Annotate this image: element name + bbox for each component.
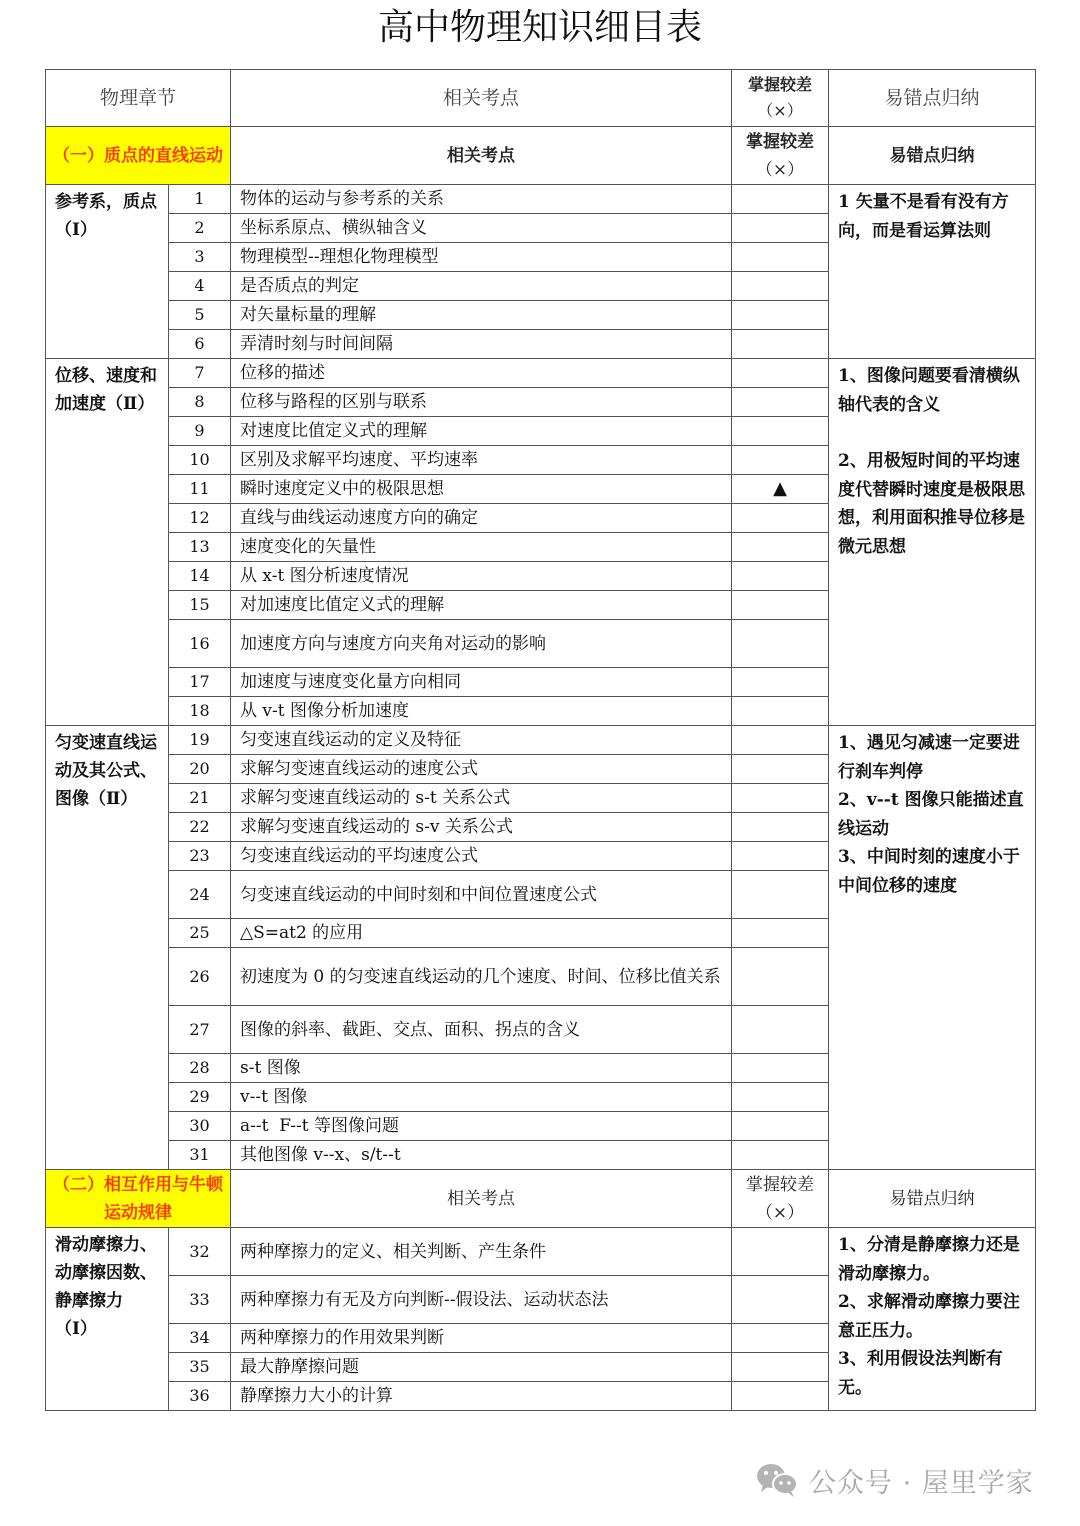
table-header: 物理章节 相关考点 掌握较差（×） 易错点归纳	[46, 70, 1036, 127]
section-header: （一）质点的直线运动 相关考点 掌握较差（×） 易错点归纳	[46, 127, 1036, 185]
exam-point: 物体的运动与参考系的关系	[231, 185, 732, 214]
row-number: 32	[169, 1228, 231, 1276]
row-number: 18	[169, 697, 231, 726]
exam-point: 匀变速直线运动的中间时刻和中间位置速度公式	[231, 871, 732, 919]
watermark: 公众号 · 屋里学家	[755, 1460, 1034, 1500]
section-col-points: 相关考点	[231, 1170, 732, 1228]
mastery-mark[interactable]	[732, 668, 829, 697]
section-title: （二）相互作用与牛顿运动规律	[46, 1170, 231, 1228]
row-number: 20	[169, 755, 231, 784]
table-row: 参考系，质点 （Ⅰ） 1 物体的运动与参考系的关系 1 矢量不是看有没有方向，而…	[46, 185, 1036, 214]
mastery-mark[interactable]	[732, 919, 829, 948]
exam-point: 其他图像 v--x、s/t--t	[231, 1141, 732, 1170]
exam-point: 弄清时刻与时间间隔	[231, 330, 732, 359]
mastery-mark[interactable]	[732, 243, 829, 272]
header-mistakes: 易错点归纳	[829, 70, 1036, 127]
row-number: 30	[169, 1112, 231, 1141]
mastery-mark[interactable]	[732, 214, 829, 243]
knowledge-table: 物理章节 相关考点 掌握较差（×） 易错点归纳 （一）质点的直线运动 相关考点 …	[45, 69, 1036, 1411]
exam-point: 求解匀变速直线运动的 s-v 关系公式	[231, 813, 732, 842]
mastery-mark[interactable]	[732, 1324, 829, 1353]
mastery-mark[interactable]	[732, 185, 829, 214]
exam-point: 匀变速直线运动的平均速度公式	[231, 842, 732, 871]
header-points: 相关考点	[231, 70, 732, 127]
mastery-mark[interactable]	[732, 755, 829, 784]
exam-point: 求解匀变速直线运动的 s-t 关系公式	[231, 784, 732, 813]
row-number: 26	[169, 948, 231, 1006]
chapter-cell: 滑动摩擦力、动摩擦因数、静摩擦力 （Ⅰ）	[46, 1228, 169, 1411]
row-number: 13	[169, 533, 231, 562]
exam-point: 加速度方向与速度方向夹角对运动的影响	[231, 620, 732, 668]
table-row: 位移、速度和加速度（Ⅱ） 7 位移的描述 1、图像问题要看清横纵轴代表的含义2、…	[46, 359, 1036, 388]
row-number: 36	[169, 1382, 231, 1411]
table-row: 匀变速直线运动及其公式、图像（Ⅱ） 19 匀变速直线运动的定义及特征 1、遇见匀…	[46, 726, 1036, 755]
section-col-mistakes: 易错点归纳	[829, 127, 1036, 185]
mastery-mark[interactable]	[732, 842, 829, 871]
row-number: 22	[169, 813, 231, 842]
mastery-mark[interactable]	[732, 272, 829, 301]
row-number: 34	[169, 1324, 231, 1353]
table-row: 滑动摩擦力、动摩擦因数、静摩擦力 （Ⅰ） 32 两种摩擦力的定义、相关判断、产生…	[46, 1228, 1036, 1276]
mastery-mark[interactable]	[732, 1083, 829, 1112]
mastery-mark[interactable]	[732, 1141, 829, 1170]
header-mastery: 掌握较差（×）	[732, 70, 829, 127]
row-number: 7	[169, 359, 231, 388]
exam-point: 位移与路程的区别与联系	[231, 388, 732, 417]
mastery-mark[interactable]	[732, 1353, 829, 1382]
wechat-icon	[755, 1462, 799, 1498]
mastery-mark[interactable]	[732, 330, 829, 359]
row-number: 29	[169, 1083, 231, 1112]
row-number: 4	[169, 272, 231, 301]
row-number: 23	[169, 842, 231, 871]
exam-point: 加速度与速度变化量方向相同	[231, 668, 732, 697]
row-number: 33	[169, 1276, 231, 1324]
row-number: 12	[169, 504, 231, 533]
mastery-mark[interactable]	[732, 620, 829, 668]
row-number: 28	[169, 1054, 231, 1083]
mastery-mark[interactable]	[732, 1382, 829, 1411]
mastery-mark[interactable]	[732, 533, 829, 562]
exam-point: 从 v-t 图像分析加速度	[231, 697, 732, 726]
mastery-mark[interactable]	[732, 1006, 829, 1054]
exam-point: 两种摩擦力的定义、相关判断、产生条件	[231, 1228, 732, 1276]
exam-point: 速度变化的矢量性	[231, 533, 732, 562]
mastery-mark[interactable]	[732, 1112, 829, 1141]
exam-point: 瞬时速度定义中的极限思想	[231, 475, 732, 504]
exam-point: 初速度为 0 的匀变速直线运动的几个速度、时间、位移比值关系	[231, 948, 732, 1006]
exam-point: 两种摩擦力的作用效果判断	[231, 1324, 732, 1353]
exam-point: 图像的斜率、截距、交点、面积、拐点的含义	[231, 1006, 732, 1054]
mastery-mark[interactable]	[732, 1276, 829, 1324]
section-title: （一）质点的直线运动	[46, 127, 231, 185]
exam-point: 最大静摩擦问题	[231, 1353, 732, 1382]
exam-point: 对速度比值定义式的理解	[231, 417, 732, 446]
exam-point: 对加速度比值定义式的理解	[231, 591, 732, 620]
row-number: 5	[169, 301, 231, 330]
row-number: 3	[169, 243, 231, 272]
mastery-mark[interactable]	[732, 1228, 829, 1276]
mastery-mark[interactable]	[732, 591, 829, 620]
chapter-cell: 参考系，质点 （Ⅰ）	[46, 185, 169, 359]
mastery-mark[interactable]	[732, 697, 829, 726]
exam-point: 从 x-t 图分析速度情况	[231, 562, 732, 591]
section-header: （二）相互作用与牛顿运动规律 相关考点 掌握较差（×） 易错点归纳	[46, 1170, 1036, 1228]
row-number: 16	[169, 620, 231, 668]
exam-point: v--t 图像	[231, 1083, 732, 1112]
mastery-mark[interactable]	[732, 504, 829, 533]
row-number: 27	[169, 1006, 231, 1054]
exam-point: 匀变速直线运动的定义及特征	[231, 726, 732, 755]
exam-point: 求解匀变速直线运动的速度公式	[231, 755, 732, 784]
row-number: 1	[169, 185, 231, 214]
chapter-cell: 匀变速直线运动及其公式、图像（Ⅱ）	[46, 726, 169, 1170]
exam-point: 静摩擦力大小的计算	[231, 1382, 732, 1411]
mastery-mark[interactable]	[732, 871, 829, 919]
row-number: 31	[169, 1141, 231, 1170]
exam-point: 物理模型--理想化物理模型	[231, 243, 732, 272]
exam-point: 对矢量标量的理解	[231, 301, 732, 330]
exam-point: 直线与曲线运动速度方向的确定	[231, 504, 732, 533]
mastery-mark[interactable]	[732, 784, 829, 813]
row-number: 19	[169, 726, 231, 755]
row-number: 8	[169, 388, 231, 417]
mistakes-notes: 1 矢量不是看有没有方向，而是看运算法则	[829, 185, 1036, 359]
mastery-mark[interactable]	[732, 813, 829, 842]
mastery-mark[interactable]	[732, 388, 829, 417]
exam-point: 区别及求解平均速度、平均速率	[231, 446, 732, 475]
chapter-cell: 位移、速度和加速度（Ⅱ）	[46, 359, 169, 726]
section-col-mastery: 掌握较差（×）	[732, 127, 829, 185]
mastery-mark-triangle[interactable]: ▲	[732, 475, 829, 504]
row-number: 10	[169, 446, 231, 475]
watermark-text: 公众号 · 屋里学家	[809, 1461, 1034, 1500]
exam-point: s-t 图像	[231, 1054, 732, 1083]
mastery-mark[interactable]	[732, 948, 829, 1006]
mastery-mark[interactable]	[732, 726, 829, 755]
row-number: 15	[169, 591, 231, 620]
row-number: 14	[169, 562, 231, 591]
row-number: 25	[169, 919, 231, 948]
exam-point: 坐标系原点、横纵轴含义	[231, 214, 732, 243]
mastery-mark[interactable]	[732, 359, 829, 388]
row-number: 9	[169, 417, 231, 446]
mastery-mark[interactable]	[732, 1054, 829, 1083]
section-col-mastery: 掌握较差（×）	[732, 1170, 829, 1228]
row-number: 6	[169, 330, 231, 359]
mistakes-notes: 1、图像问题要看清横纵轴代表的含义2、用极短时间的平均速度代替瞬时速度是极限思想…	[829, 359, 1036, 726]
mistakes-notes: 1、分清是静摩擦力还是滑动摩擦力。2、求解滑动摩擦力要注意正压力。3、利用假设法…	[829, 1228, 1036, 1411]
row-number: 35	[169, 1353, 231, 1382]
row-number: 21	[169, 784, 231, 813]
exam-point: 位移的描述	[231, 359, 732, 388]
mistakes-notes: 1、遇见匀减速一定要进行刹车判停2、v--t 图像只能描述直线运动3、中间时刻的…	[829, 726, 1036, 1170]
mastery-mark[interactable]	[732, 446, 829, 475]
page-title: 高中物理知识细目表	[0, 6, 1080, 50]
section-col-points: 相关考点	[231, 127, 732, 185]
exam-point: △S=at2 的应用	[231, 919, 732, 948]
exam-point: 是否质点的判定	[231, 272, 732, 301]
exam-point: a--t F--t 等图像问题	[231, 1112, 732, 1141]
mastery-mark[interactable]	[732, 562, 829, 591]
mastery-mark[interactable]	[732, 301, 829, 330]
row-number: 11	[169, 475, 231, 504]
header-chapter: 物理章节	[46, 70, 231, 127]
row-number: 2	[169, 214, 231, 243]
exam-point: 两种摩擦力有无及方向判断--假设法、运动状态法	[231, 1276, 732, 1324]
row-number: 24	[169, 871, 231, 919]
mastery-mark[interactable]	[732, 417, 829, 446]
row-number: 17	[169, 668, 231, 697]
section-col-mistakes: 易错点归纳	[829, 1170, 1036, 1228]
